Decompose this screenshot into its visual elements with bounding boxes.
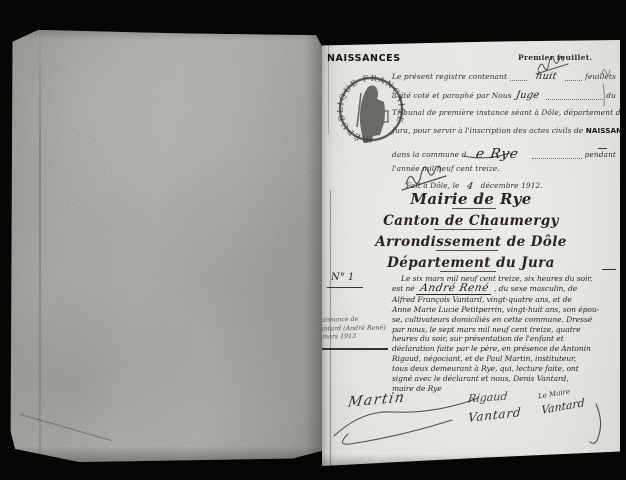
signature-martin: Martin xyxy=(347,389,407,410)
header-arrondissement: Arrondissement de Dôle xyxy=(322,234,620,250)
act-line: heures du soir, sur présentation de l'en… xyxy=(392,334,620,344)
births-word-bold: NAISSANCES xyxy=(586,126,626,135)
signature-mayor-vantard: Vantard xyxy=(541,396,584,417)
signature-vantard-declarant: Vantard xyxy=(468,405,522,425)
handwritten-judge: Juge xyxy=(511,90,544,101)
intro-line-2-text: a été coté et paraphé par Nous xyxy=(392,91,512,100)
act-line: tous deux demeurant à Rye, qui, lecture … xyxy=(392,364,620,374)
act-line-text: , du sexe masculin, de xyxy=(494,284,577,293)
cover-spine-crease xyxy=(39,30,41,458)
cover-paper-grain xyxy=(10,26,324,462)
header-underline xyxy=(436,250,498,251)
cover-corner-crease xyxy=(20,414,113,441)
header-mairie: Mairie de Rye xyxy=(322,190,620,208)
intro-line-5: dans la commune d e Rye pendant xyxy=(392,143,616,159)
dotted-rule xyxy=(546,92,604,100)
birth-name: André René xyxy=(416,284,493,295)
header-underline xyxy=(434,229,492,230)
births-register-label: NAISSANCES xyxy=(327,53,401,64)
stamp-marianne-figure xyxy=(357,85,388,143)
handwritten-sheet-count: huit xyxy=(529,71,563,82)
dotted-rule xyxy=(565,73,582,81)
handwritten-commune: e Rye xyxy=(465,146,531,162)
mayor-signature-flourish xyxy=(590,404,601,443)
register-first-page: NAISSANCES Premier feuillet. RÉPUBLIQUE … xyxy=(322,40,620,466)
act-line: est né André René , du sexe masculin, de xyxy=(392,284,620,295)
intro-line-3: Tribunal de première instance séant à Dô… xyxy=(392,108,616,117)
margin-rule xyxy=(322,348,388,350)
intro-line-2: a été coté et paraphé par Nous Juge du xyxy=(392,89,616,100)
intro-line-5-text: dans la commune d xyxy=(392,150,466,159)
cover-bottom-shade xyxy=(10,446,324,462)
page-bottom-shadow xyxy=(322,454,620,466)
signature-rigaud: Rigaud xyxy=(467,390,508,406)
edge-mark xyxy=(598,148,607,149)
act-line: signé avec le déclarant et nous, Denis V… xyxy=(392,374,620,384)
act-line: Rigaud, négociant, et de Paul Martin, in… xyxy=(392,354,620,364)
act-number-underline xyxy=(327,287,363,288)
intro-line-5-end: pendant xyxy=(585,150,616,159)
intro-line-1: Le présent registre contenant huit feuil… xyxy=(392,70,616,81)
intro-line-4-text: Jura, pour servir à l'inscription des ac… xyxy=(392,126,583,135)
act-number: N° 1 xyxy=(331,272,354,283)
scanned-register-photo: NAISSANCES Premier feuillet. RÉPUBLIQUE … xyxy=(0,0,626,480)
header-canton: Canton de Chaumergy xyxy=(322,213,620,229)
edge-mark xyxy=(602,269,616,270)
header-underline xyxy=(440,271,496,272)
made-at-text: Fait à Dôle, le xyxy=(406,181,460,190)
act-line: déclaration faite par le père, en présen… xyxy=(392,344,620,354)
act-line: se, cultivateurs domiciliés en cette com… xyxy=(392,315,620,325)
intro-line-1-end: feuillets xyxy=(585,72,616,81)
cover-right-edge-shade xyxy=(306,26,324,462)
intro-line-6: l'année mil neuf cent treize. xyxy=(392,164,616,173)
cover-top-shade xyxy=(10,26,324,40)
intro-line-1-text: Le présent registre contenant xyxy=(392,72,507,81)
intro-line-4: Jura, pour servir à l'inscription des ac… xyxy=(392,126,616,135)
margin-note: Naissance de Vantard (André René) 7 mars… xyxy=(316,315,392,342)
dotted-rule xyxy=(510,73,527,81)
header-underline xyxy=(452,208,496,209)
birth-act-text: Le six mars mil neuf cent treize, six he… xyxy=(392,274,620,394)
dotted-rule xyxy=(532,151,581,159)
intro-line-2-end: du xyxy=(606,91,616,100)
act-line: par nous, le sept mars mil neuf cent tre… xyxy=(392,325,620,335)
made-at-date: décembre 1912. xyxy=(481,181,543,190)
act-line: Alfred François Vantard, vingt-quatre an… xyxy=(392,295,620,305)
book-cover xyxy=(10,26,324,462)
header-departement: Département du Jura xyxy=(322,255,620,271)
margin-note-line: 7 mars 1913 xyxy=(316,333,392,343)
act-line-text: est né xyxy=(392,284,415,293)
first-sheet-label: Premier feuillet. xyxy=(518,53,592,62)
act-line: Anne Marie Lucie Petitperrin, vingt-huit… xyxy=(392,305,620,315)
